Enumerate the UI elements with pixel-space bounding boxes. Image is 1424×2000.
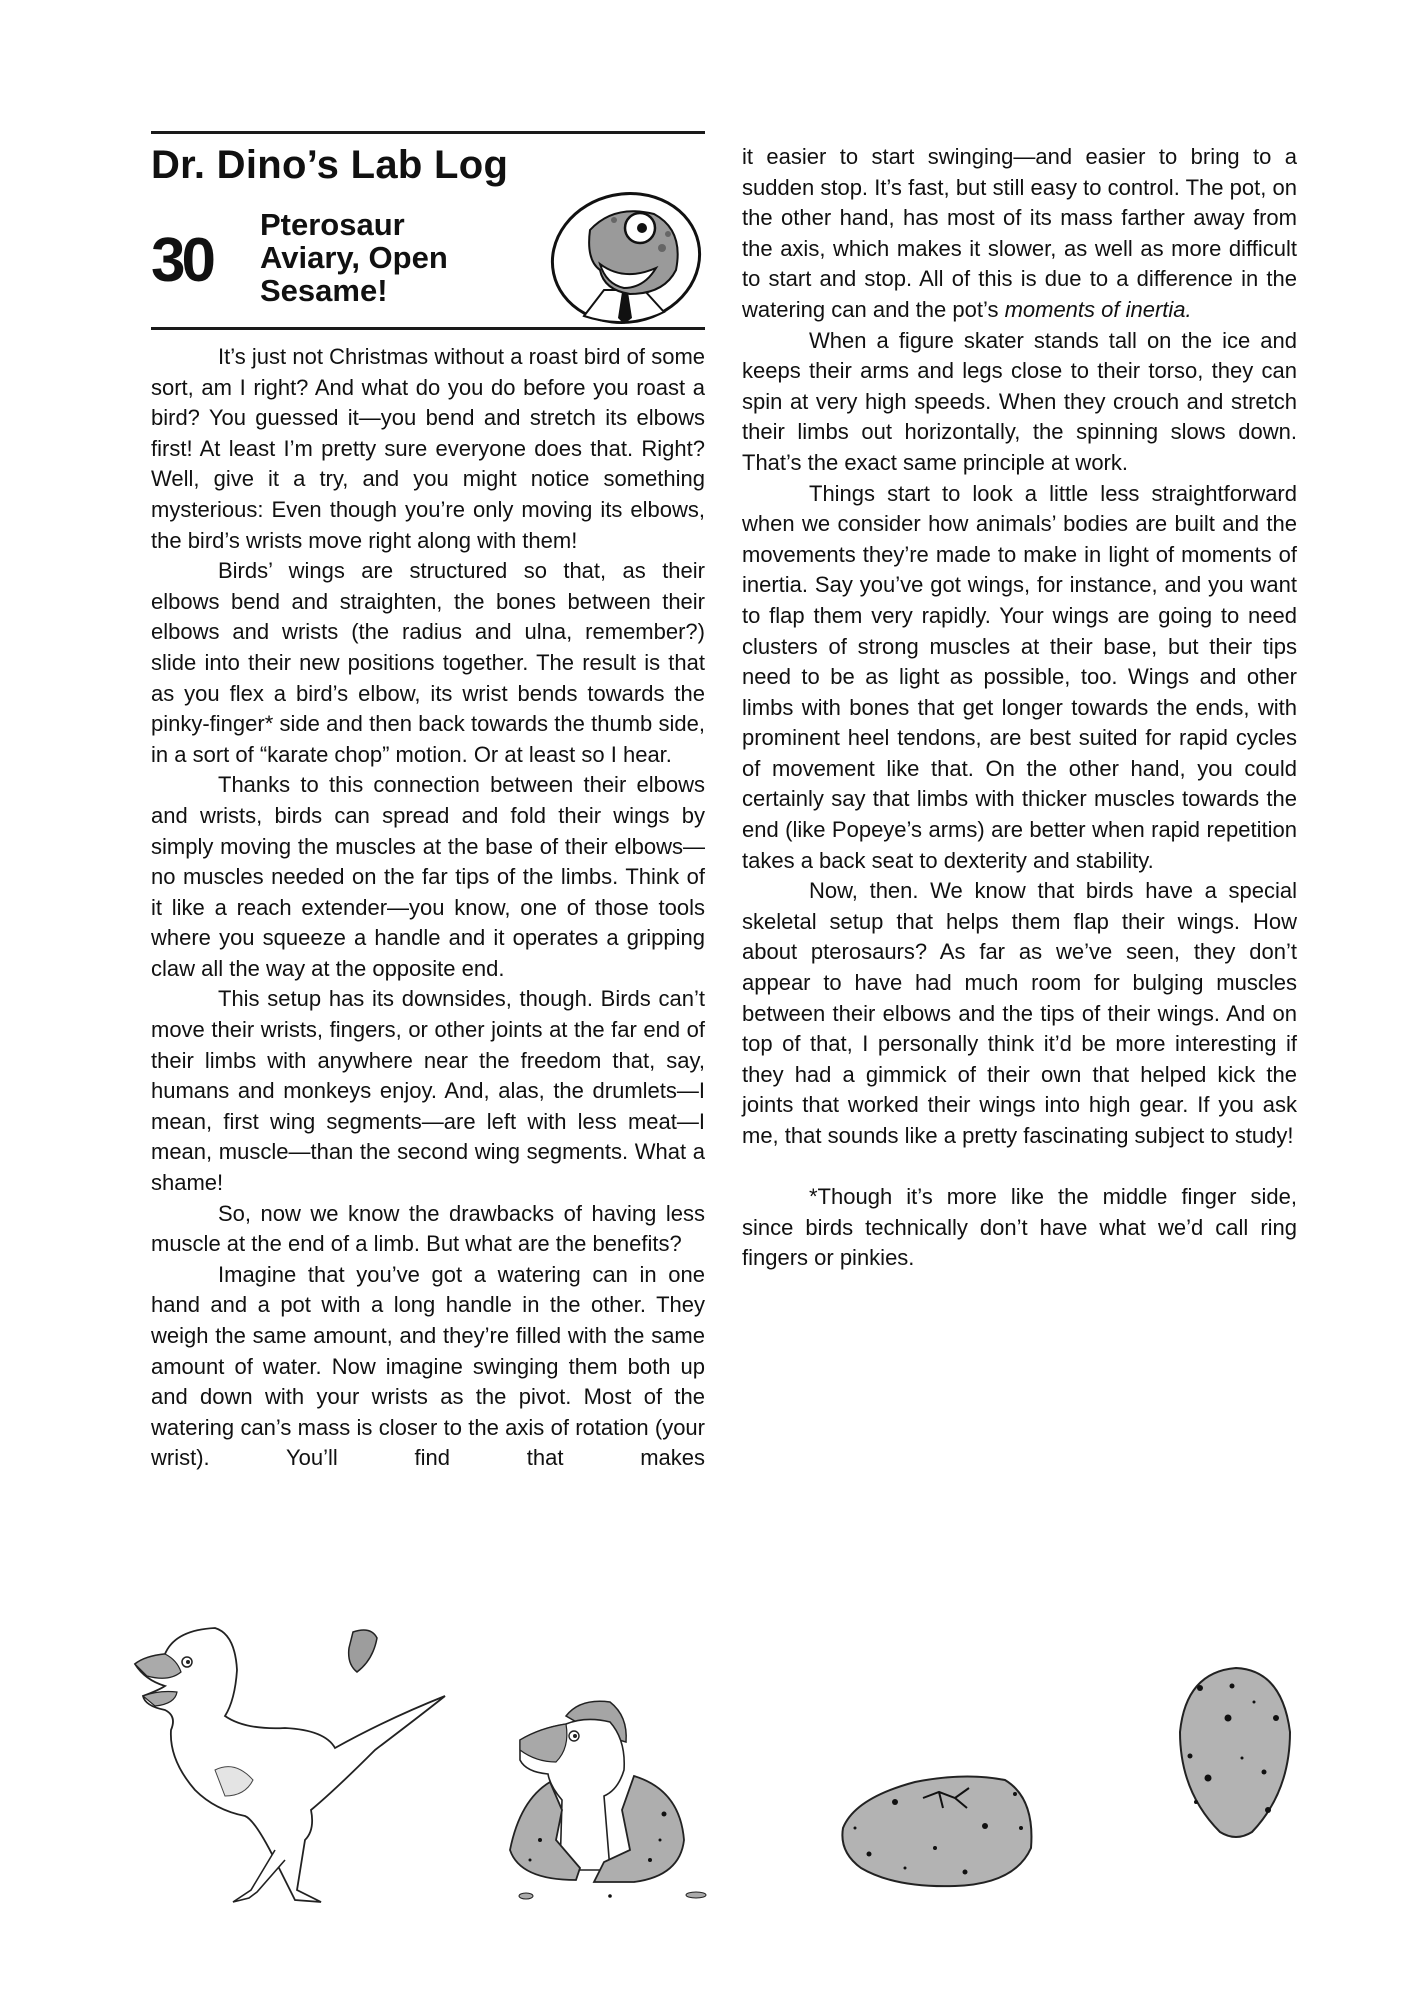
term-moments-of-inertia: moments of inertia. bbox=[1005, 297, 1192, 322]
hatching-egg-illustration bbox=[500, 1690, 730, 1905]
continuation-text: it easier to start swinging—and easier t… bbox=[742, 144, 1297, 322]
paragraph-continuation: it easier to start swinging—and easier t… bbox=[742, 142, 1297, 326]
paragraph: It’s just not Christmas without a roast … bbox=[151, 342, 705, 556]
entry-title-line: Aviary, Open bbox=[260, 241, 448, 274]
paragraph: Now, then. We know that birds have a spe… bbox=[742, 876, 1297, 1151]
paragraph: Imagine that you’ve got a watering can i… bbox=[151, 1260, 705, 1474]
paragraph: This setup has its downsides, though. Bi… bbox=[151, 984, 705, 1198]
right-column: it easier to start swinging—and easier t… bbox=[742, 142, 1297, 1274]
entry-number: 30 bbox=[151, 230, 212, 292]
paragraph: Things start to look a little less strai… bbox=[742, 479, 1297, 877]
header-bottom-rule bbox=[151, 327, 705, 330]
hatchling-raptor-illustration bbox=[125, 1620, 455, 1910]
entry-title-line: Sesame! bbox=[260, 274, 448, 307]
paragraph: So, now we know the drawbacks of having … bbox=[151, 1199, 705, 1260]
paragraph: Birds’ wings are structured so that, as … bbox=[151, 556, 705, 770]
header-top-rule bbox=[151, 131, 705, 134]
entry-title-line: Pterosaur bbox=[260, 208, 448, 241]
paragraph: Thanks to this connection between their … bbox=[151, 770, 705, 984]
paragraph: When a figure skater stands tall on the … bbox=[742, 326, 1297, 479]
cracked-egg-illustration bbox=[835, 1768, 1040, 1896]
footnote: *Though it’s more like the middle finger… bbox=[742, 1182, 1297, 1274]
entry-title: Pterosaur Aviary, Open Sesame! bbox=[260, 208, 448, 307]
left-column: It’s just not Christmas without a roast … bbox=[151, 342, 705, 1474]
series-title: Dr. Dino’s Lab Log bbox=[151, 140, 508, 190]
upright-egg-illustration bbox=[1172, 1662, 1300, 1842]
dr-dino-portrait-icon bbox=[544, 190, 704, 328]
